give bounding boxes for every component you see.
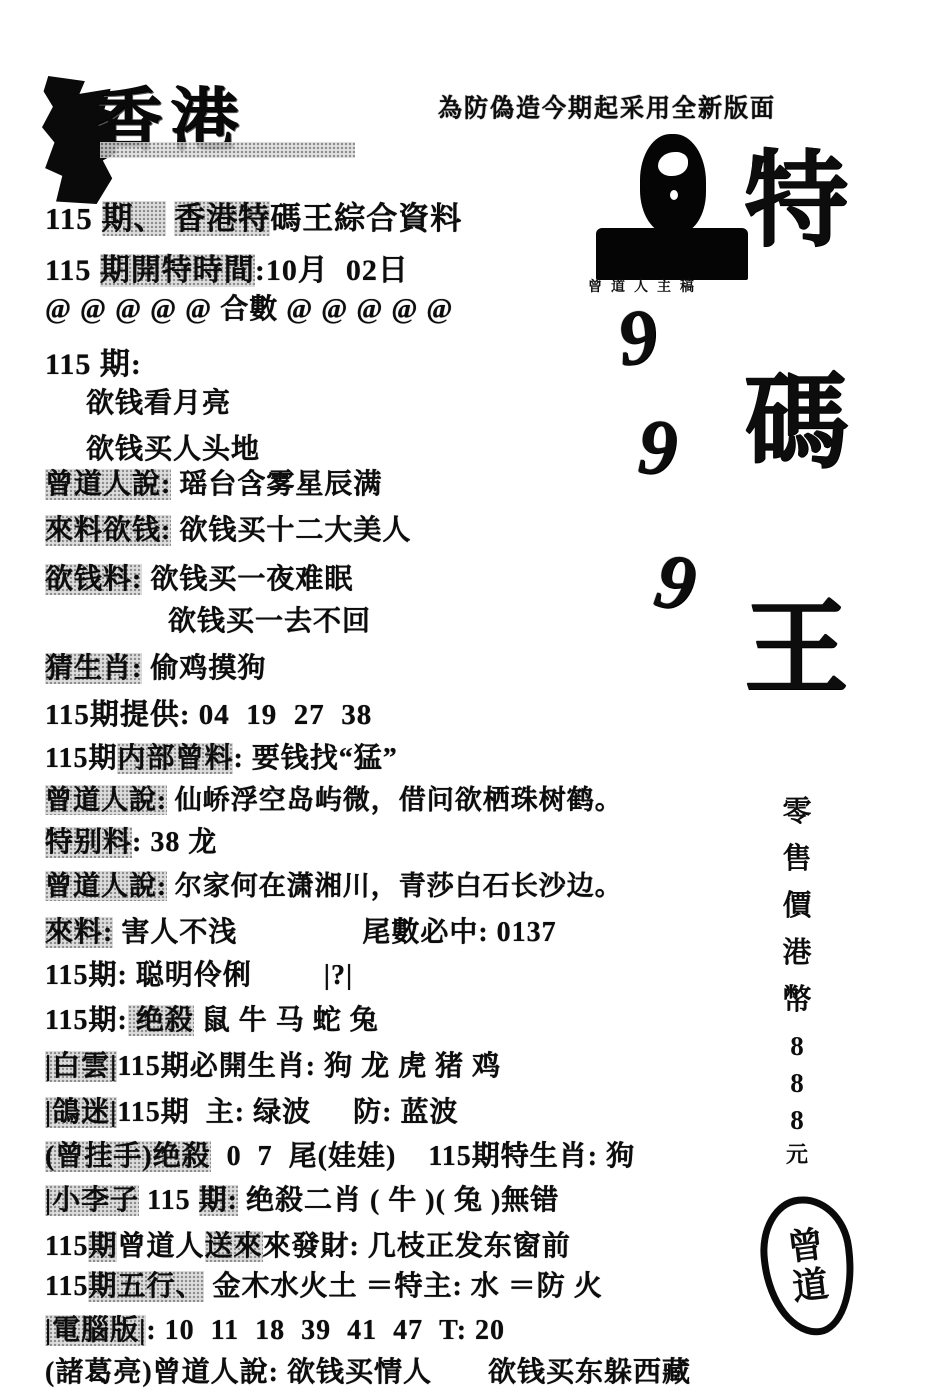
shaded-label: 送來 — [205, 1231, 263, 1262]
portrait-caption: 曾道人主稿 — [588, 276, 758, 296]
line-text: 115 — [45, 254, 100, 287]
shaded-label: 曾道人說: — [45, 469, 171, 500]
shaded-label: 香港特 — [174, 201, 270, 236]
price-digit: 8 — [776, 1107, 818, 1134]
line-text: 115 — [45, 1231, 88, 1262]
shaded-label: (曾挂手) — [45, 1141, 153, 1172]
seal-char: 曾 — [785, 1226, 825, 1266]
shaded-label: |小李子 — [45, 1185, 139, 1216]
line-text: 瑶台含雾星辰满 — [171, 469, 382, 500]
clever-line: 115期: 聪明伶俐|?| — [45, 953, 353, 993]
line-text: 欲钱买一去不回 — [168, 606, 371, 637]
line-text: 115期特生肖: 狗 — [428, 1141, 635, 1172]
shaded-label: 期開特時間 — [100, 254, 255, 287]
shaded-label: 猜生肖: — [45, 653, 142, 684]
price-char: 零 — [776, 798, 818, 827]
shaded-label: 内部曾料 — [117, 743, 233, 774]
line-text: 合數 — [220, 294, 278, 325]
zengdaoren-line: 曾道人說: 瑶台含雾星辰满 — [45, 462, 382, 502]
zengdaoren-seal: 曾道 — [754, 1191, 862, 1341]
vertical-title-char: 碼 — [744, 372, 844, 476]
price-char: 幣 — [776, 986, 818, 1015]
line-text: 金木水火土 ＝特主: 水 ＝防 火 — [204, 1271, 602, 1302]
line-text: 115 — [139, 1185, 198, 1216]
zhugeliang-line: (諸葛亮)曾道人說: 欲钱买情人欲钱买东躲西藏 — [45, 1350, 691, 1388]
zengdaoren-line: 曾道人說: 尔家何在潇湘川，青莎白石长沙边。 — [45, 864, 623, 903]
line-text: 115期提供: 04 19 27 38 — [45, 699, 372, 731]
shaded-label: 特别料 — [45, 827, 132, 858]
line-text: 來發財: 几枝正发东窗前 — [263, 1231, 571, 1262]
shaded-label: |白雲| — [45, 1051, 117, 1082]
line-text: 115期 主: 绿波 — [117, 1097, 311, 1128]
line-text: 仙峤浮空岛屿微，借问欲栖珠树鹤。 — [167, 785, 623, 815]
line-text: 115期 — [45, 743, 117, 774]
portrait-face-dot — [670, 190, 678, 200]
lailiao-line: 來料欲钱: 欲钱买十二大美人 — [45, 508, 411, 548]
hesum-line: @ @ @ @ @ 合數 @ @ @ @ @ — [45, 287, 453, 327]
baiyun-line: |白雲|115期必開生肖: 狗 龙 虎 猪 鸡 — [45, 1044, 501, 1084]
seal-char: 道 — [790, 1266, 830, 1306]
kill-zodiac-line: 115期: 绝殺 鼠 牛 马 蛇 兔 — [45, 998, 379, 1038]
zengguashou-line: (曾挂手)绝殺 0 7 尾(娃娃)115期特生肖: 狗 — [45, 1134, 635, 1174]
line-text: 0 7 尾(娃娃) — [211, 1141, 397, 1172]
line-text: 欲钱买人头地 — [86, 434, 260, 465]
shaded-label: 绝殺 — [153, 1141, 211, 1172]
line-text: 115 — [45, 201, 102, 236]
line-text: @ @ @ @ @ — [45, 294, 220, 325]
wuxing-line: 115期五行、 金木水火土 ＝特主: 水 ＝防 火 — [45, 1264, 603, 1304]
price-char: 元 — [776, 1144, 818, 1166]
line-text: : 38 龙 — [132, 827, 217, 858]
zodiac-guess-line: 猜生肖: 偷鸡摸狗 — [45, 646, 266, 686]
line-text: 害人不浅 — [113, 917, 237, 948]
handwritten-nine: 9 — [649, 535, 702, 630]
line-text — [166, 201, 175, 236]
vertical-title-char: 特 — [744, 150, 844, 254]
price-digit: 8 — [776, 1033, 818, 1060]
handwritten-nine: 9 — [636, 401, 678, 492]
line-text: 偷鸡摸狗 — [142, 653, 266, 684]
yuqian-line: 欲钱料: 欲钱买一夜难眠 — [45, 557, 353, 597]
vertical-title-char: 王 — [744, 598, 844, 702]
draw-time-line: 115 期開特時間:10月 02日 — [45, 245, 409, 289]
shaded-label: 欲钱料: — [45, 564, 142, 595]
line-text: 欲钱买十二大美人 — [171, 515, 411, 546]
price-char: 售 — [776, 845, 818, 874]
price-char: 港 — [776, 939, 818, 968]
shaded-label: 期: — [199, 1185, 238, 1216]
numbers-line: 115期提供: 04 19 27 38 — [45, 692, 372, 733]
portrait-shoulders — [596, 228, 748, 280]
line-text: : 要钱找“猛” — [233, 743, 397, 774]
line-text: : 10 11 18 39 41 47 T: 20 — [146, 1315, 505, 1346]
line-text: |?| — [324, 960, 353, 991]
portrait-photo — [596, 134, 748, 280]
shaded-label: |電腦版| — [45, 1315, 146, 1346]
shaded-label: 期五行、 — [88, 1271, 204, 1302]
poem-line: 欲钱买一去不回 — [168, 599, 371, 639]
line-text: 曾道人 — [117, 1231, 204, 1262]
poem-line: 欲钱看月亮 — [86, 381, 231, 421]
shaded-label: 曾道人說: — [45, 871, 167, 901]
line-text: 碼王綜合資料 — [270, 201, 462, 236]
shaded-label: 绝殺 — [128, 1005, 194, 1036]
line-text: 115 期: — [45, 348, 142, 381]
gemi-line: |鴿迷|115期 主: 绿波防: 蓝波 — [45, 1090, 458, 1130]
line-text: :10月 02日 — [255, 254, 409, 287]
line-text: 防: 蓝波 — [353, 1097, 458, 1128]
line-text: 尾數必中: 0137 — [362, 917, 556, 948]
anti-counterfeit-notice: 為防偽造今期起采用全新版面 — [438, 87, 776, 124]
price-digit: 8 — [776, 1070, 818, 1097]
portrait-head — [640, 134, 706, 234]
line-text: (諸葛亮)曾道人說: 欲钱买情人 — [45, 1357, 432, 1388]
facai-line: 115期曾道人送來來發財: 几枝正发东窗前 — [45, 1224, 571, 1264]
line-text: @ @ @ @ @ — [278, 294, 453, 325]
line-text: 鼠 牛 马 蛇 兔 — [194, 1005, 379, 1036]
scanned-tipsheet-page: 香港 為防偽造今期起采用全新版面 曾道人主稿 999 特碼王 零售價港幣888元… — [0, 0, 939, 1388]
xiaolizi-line: |小李子 115 期: 绝殺二肖 ( 牛 )( 兔 )無错 — [45, 1178, 559, 1218]
zengdaoren-line: 曾道人說: 仙峤浮空岛屿微，借问欲栖珠树鹤。 — [45, 778, 623, 817]
portrait-face-highlight — [658, 152, 688, 176]
line-text: 欲钱买东躲西藏 — [488, 1357, 691, 1388]
line-text: 115期: — [45, 1005, 128, 1036]
special-line: 特别料: 38 龙 — [45, 820, 217, 860]
masthead-halftone-shade — [100, 142, 355, 158]
shaded-label: |鴿迷| — [45, 1097, 117, 1128]
price-char: 價 — [776, 892, 818, 921]
shaded-label: 曾道人說: — [45, 785, 167, 815]
shaded-label: 期、 — [102, 201, 166, 236]
line-text: 欲钱看月亮 — [86, 388, 231, 419]
handwritten-nine: 9 — [612, 290, 663, 385]
line-text: 尔家何在潇湘川，青莎白石长沙边。 — [167, 871, 623, 901]
computer-line: |電腦版|: 10 11 18 39 41 47 T: 20 — [45, 1308, 505, 1348]
shaded-label: 來料: — [45, 917, 113, 948]
poem-line: 欲钱买人头地 — [86, 427, 260, 467]
line-text: 115 — [45, 1271, 88, 1302]
line-text: 115期必開生肖: 狗 龙 虎 猪 鸡 — [117, 1051, 501, 1082]
line-text: 115期: 聪明伶俐 — [45, 960, 252, 991]
line-text: 欲钱买一夜难眠 — [142, 564, 353, 595]
shaded-label: 期 — [88, 1231, 117, 1262]
internal-line: 115期内部曾料: 要钱找“猛” — [45, 736, 398, 776]
title-line: 115 期、 香港特碼王綜合資料 — [45, 193, 462, 238]
issue-label-line: 115 期: — [45, 339, 142, 383]
shaded-label: 來料欲钱: — [45, 515, 171, 546]
line-text: 绝殺二肖 ( 牛 )( 兔 )無错 — [238, 1185, 559, 1216]
tail-number-line: 來料: 害人不浅尾數必中: 0137 — [45, 910, 557, 950]
